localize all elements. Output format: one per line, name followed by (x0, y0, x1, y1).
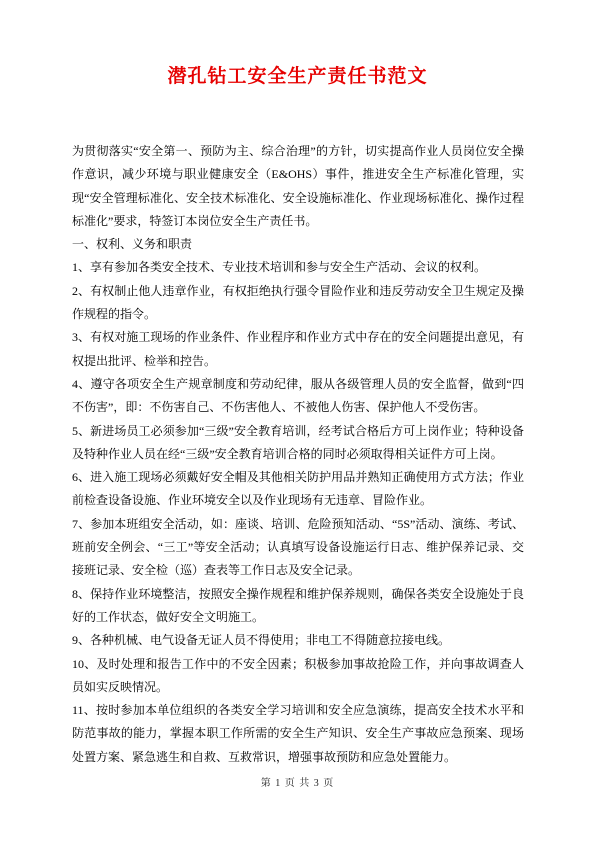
numbered-item-1: 1、享有参加各类安全技术、专业技术培训和参与安全生产活动、会议的权利。 (72, 256, 524, 279)
section-heading: 一、权利、义务和职责 (72, 233, 524, 256)
numbered-item-4: 4、遵守各项安全生产规章制度和劳动纪律，服从各级管理人员的安全监督，做到“四不伤… (72, 373, 524, 420)
page-number-footer: 第 1 页 共 3 页 (0, 774, 595, 789)
numbered-item-3: 3、有权对施工现场的作业条件、作业程序和作业方式中存在的安全问题提出意见，有权提… (72, 326, 524, 373)
numbered-item-5: 5、新进场员工必须参加“三级”安全教育培训，经考试合格后方可上岗作业；特种设备及… (72, 420, 524, 467)
numbered-item-8: 8、保持作业环境整洁，按照安全操作规程和维护保养规则，确保各类安全设施处于良好的… (72, 583, 524, 630)
page-title: 潜孔钻工安全生产责任书范文 (40, 64, 555, 90)
numbered-item-2: 2、有权制止他人违章作业，有权拒绝执行强令冒险作业和违反劳动安全卫生规定及操作规… (72, 280, 524, 327)
numbered-item-6: 6、进入施工现场必须戴好安全帽及其他相关防护用品并熟知正确使用方式方法；作业前检… (72, 466, 524, 513)
numbered-item-9: 9、各种机械、电气设备无证人员不得使用；非电工不得随意拉接电线。 (72, 629, 524, 652)
intro-paragraph: 为贯彻落实“安全第一、预防为主、综合治理”的方针，切实提高作业人员岗位安全操作意… (72, 140, 524, 233)
numbered-item-7: 7、参加本班组安全活动，如：座谈、培训、危险预知活动、“5S”活动、演练、考试、… (72, 513, 524, 583)
document-page: 潜孔钻工安全生产责任书范文 为贯彻落实“安全第一、预防为主、综合治理”的方针，切… (0, 0, 595, 841)
numbered-item-11: 11、按时参加本单位组织的各类安全学习培训和安全应急演练，提高安全技术水平和防范… (72, 699, 524, 769)
document-body: 为贯彻落实“安全第一、预防为主、综合治理”的方针，切实提高作业人员岗位安全操作意… (72, 140, 524, 769)
numbered-item-10: 10、及时处理和报告工作中的不安全因素；积极参加事故抢险工作，并向事故调查人员如… (72, 653, 524, 700)
